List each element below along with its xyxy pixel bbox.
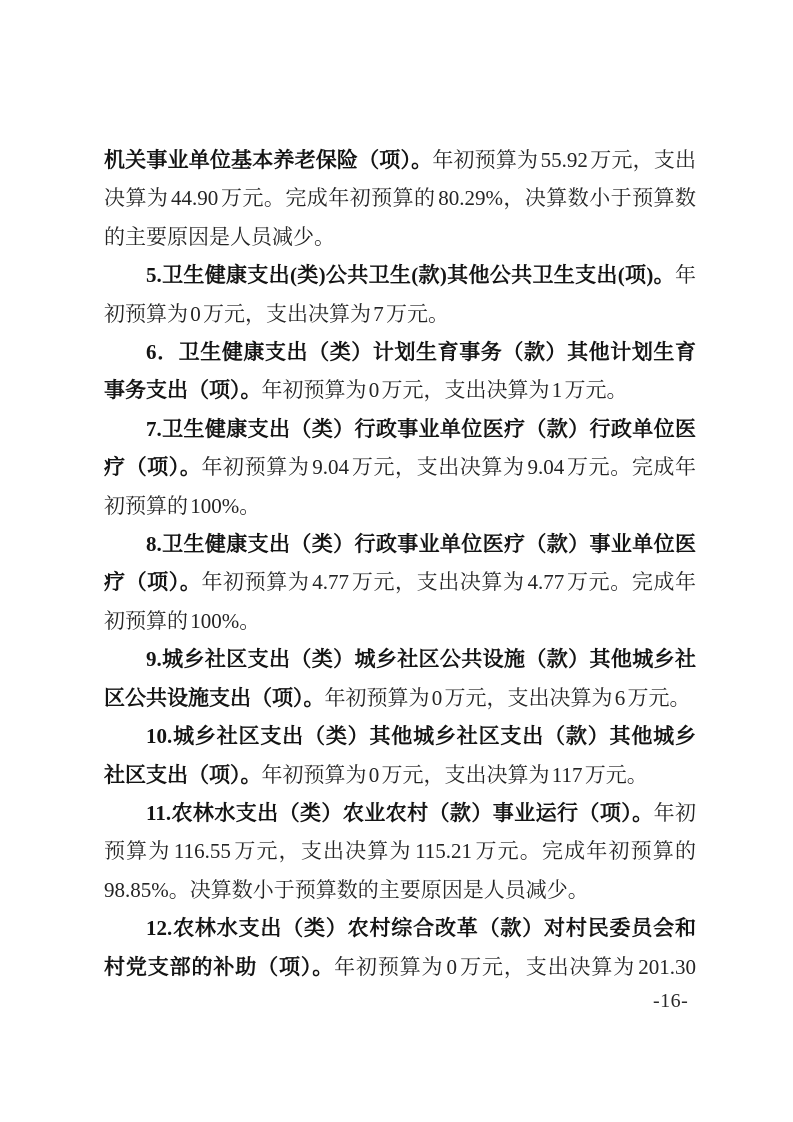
page-number: -16- [653,990,688,1012]
budget-item-details: 年初预算为 0 万元，支出决算为 1 万元。 [262,378,628,402]
budget-item-heading: 5.卫生健康支出(类)公共卫生(款)其他公共卫生支出(项)。 [146,263,675,287]
budget-item-paragraph: 10.城乡社区支出（类）其他城乡社区支出（款）其他城乡社区支出（项）。年初预算为… [104,717,696,794]
budget-item-paragraph: 6．卫生健康支出（类）计划生育事务（款）其他计划生育事务支出（项）。年初预算为 … [104,333,696,410]
budget-item-paragraph: 8.卫生健康支出（类）行政事业单位医疗（款）事业单位医疗（项）。年初预算为 4.… [104,525,696,640]
document-body: 机关事业单位基本养老保险（项）。年初预算为 55.92 万元，支出决算为 44.… [104,141,696,986]
budget-item-paragraph: 9.城乡社区支出（类）城乡社区公共设施（款）其他城乡社区公共设施支出（项）。年初… [104,640,696,717]
budget-item-paragraph: 11.农林水支出（类）农业农村（款）事业运行（项）。年初预算为 116.55 万… [104,794,696,909]
budget-item-heading: 机关事业单位基本养老保险（项）。 [104,148,432,172]
budget-item-paragraph: 7.卫生健康支出（类）行政事业单位医疗（款）行政单位医疗（项）。年初预算为 9.… [104,410,696,525]
document-page: 机关事业单位基本养老保险（项）。年初预算为 55.92 万元，支出决算为 44.… [0,0,793,1122]
budget-item-paragraph: 12.农林水支出（类）农村综合改革（款）对村民委员会和村党支部的补助（项）。年初… [104,909,696,986]
budget-item-paragraph: 机关事业单位基本养老保险（项）。年初预算为 55.92 万元，支出决算为 44.… [104,141,696,256]
budget-item-details: 年初预算为 0 万元，支出决算为 201.30 [334,955,696,979]
budget-item-details: 年初预算为 0 万元，支出决算为 6 万元。 [325,686,691,710]
budget-item-paragraph: 5.卫生健康支出(类)公共卫生(款)其他公共卫生支出(项)。年初预算为 0 万元… [104,256,696,333]
budget-item-details: 年初预算为 0 万元，支出决算为 117 万元。 [262,763,648,787]
budget-item-heading: 11.农林水支出（类）农业农村（款）事业运行（项）。 [146,801,654,825]
